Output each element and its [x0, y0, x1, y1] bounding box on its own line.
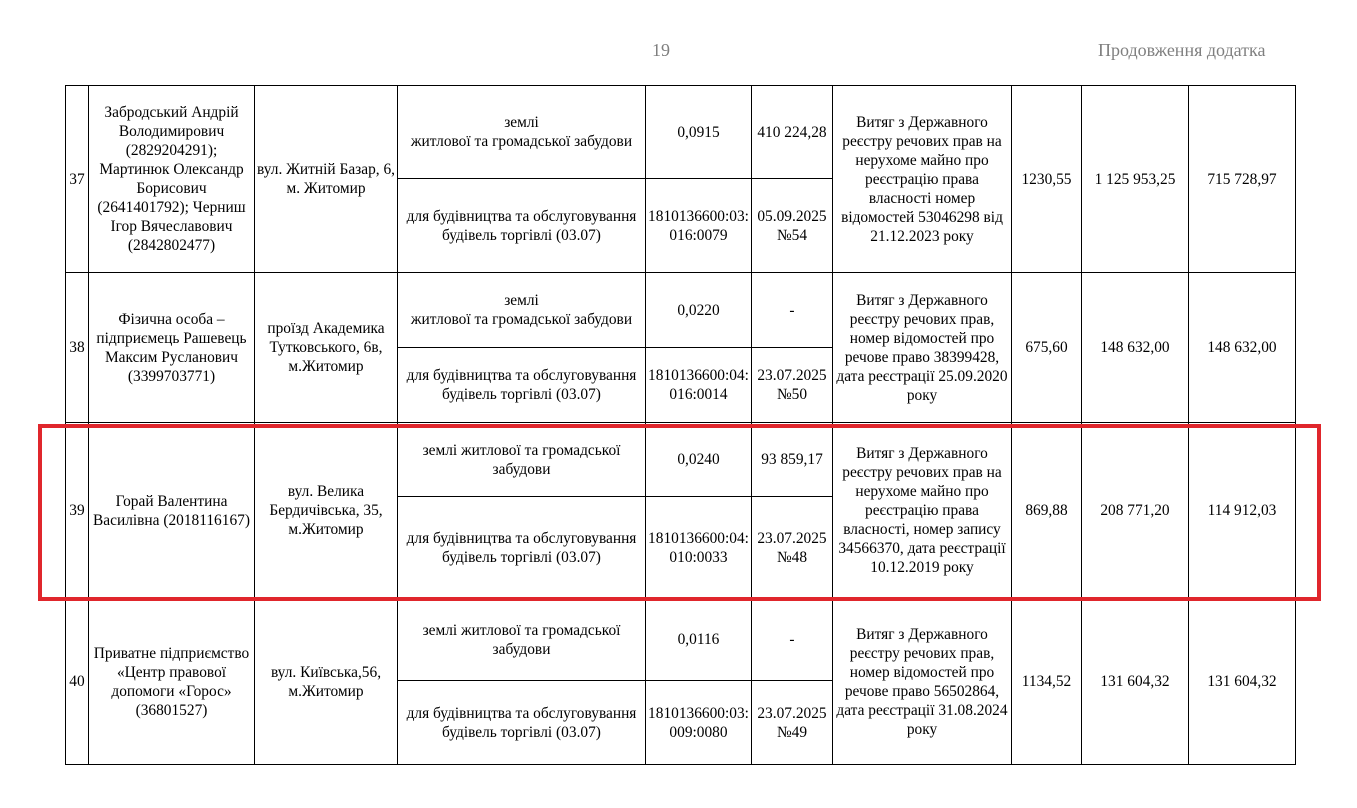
address-cell: проїзд Академика Тутковського, 6в, м.Жит… — [255, 273, 398, 423]
normative-value-cell: 410 224,28 — [752, 86, 833, 179]
building-area-cell: 869,88 — [1012, 423, 1082, 599]
ownership-document-cell: Витяг з Державного реєстру речових прав … — [833, 86, 1012, 273]
decision-cell: 05.09.2025 №54 — [752, 179, 833, 273]
continuation-label: Продовження додатка — [1098, 40, 1266, 61]
land-purpose-cell: для будівництва та обслуговування будіве… — [398, 179, 646, 273]
row-number: 39 — [66, 423, 89, 599]
address-cell: вул. Велика Бердичівська, 35, м.Житомир — [255, 423, 398, 599]
area-cell: 0,0116 — [646, 599, 752, 681]
cadastral-number-cell: 1810136600:04:010:0033 — [646, 497, 752, 599]
value-b-cell: 114 912,03 — [1189, 423, 1296, 599]
decision-cell: 23.07.2025 №48 — [752, 497, 833, 599]
building-area-cell: 675,60 — [1012, 273, 1082, 423]
value-b-cell: 131 604,32 — [1189, 599, 1296, 765]
normative-value-cell: 93 859,17 — [752, 423, 833, 497]
normative-value-cell: - — [752, 599, 833, 681]
owner-cell: Горай Валентина Василівна (2018116167) — [89, 423, 255, 599]
value-a-cell: 1 125 953,25 — [1082, 86, 1189, 273]
value-b-cell: 148 632,00 — [1189, 273, 1296, 423]
owner-cell: Забродський Андрій Володимирович (282920… — [89, 86, 255, 273]
row-number: 38 — [66, 273, 89, 423]
table-row: 38 Фізична особа – підприємець Рашевець … — [66, 273, 1296, 348]
decision-cell: 23.07.2025 №50 — [752, 348, 833, 423]
ownership-document-cell: Витяг з Державного реєстру речових прав,… — [833, 273, 1012, 423]
table-row: 37 Забродський Андрій Володимирович (282… — [66, 86, 1296, 179]
land-category-cell: землі житлової та громадської забудови — [398, 273, 646, 348]
area-cell: 0,0240 — [646, 423, 752, 497]
value-a-cell: 208 771,20 — [1082, 423, 1189, 599]
owner-cell: Фізична особа – підприємець Рашевець Мак… — [89, 273, 255, 423]
row-number: 40 — [66, 599, 89, 765]
table-row: 40 Приватне підприємство «Центр правової… — [66, 599, 1296, 681]
land-category-cell: землі житлової та громадської забудови — [398, 423, 646, 497]
page-number: 19 — [652, 40, 670, 61]
ownership-document-cell: Витяг з Державного реєстру речових прав,… — [833, 599, 1012, 765]
area-cell: 0,0915 — [646, 86, 752, 179]
ownership-document-cell: Витяг з Державного реєстру речових прав … — [833, 423, 1012, 599]
land-category-cell: землі житлової та громадської забудови — [398, 599, 646, 681]
cadastral-number-cell: 1810136600:04:016:0014 — [646, 348, 752, 423]
address-cell: вул. Житній Базар, 6, м. Житомир — [255, 86, 398, 273]
building-area-cell: 1134,52 — [1012, 599, 1082, 765]
value-a-cell: 148 632,00 — [1082, 273, 1189, 423]
land-purpose-cell: для будівництва та обслуговування будіве… — [398, 348, 646, 423]
normative-value-cell: - — [752, 273, 833, 348]
land-category-cell: землі житлової та громадської забудови — [398, 86, 646, 179]
table-row-highlighted: 39 Горай Валентина Василівна (2018116167… — [66, 423, 1296, 497]
cadastral-number-cell: 1810136600:03:009:0080 — [646, 681, 752, 765]
building-area-cell: 1230,55 — [1012, 86, 1082, 273]
value-a-cell: 131 604,32 — [1082, 599, 1189, 765]
land-purpose-cell: для будівництва та обслуговування будіве… — [398, 681, 646, 765]
cadastral-number-cell: 1810136600:03:016:0079 — [646, 179, 752, 273]
land-purpose-cell: для будівництва та обслуговування будіве… — [398, 497, 646, 599]
value-b-cell: 715 728,97 — [1189, 86, 1296, 273]
area-cell: 0,0220 — [646, 273, 752, 348]
address-cell: вул. Київська,56, м.Житомир — [255, 599, 398, 765]
owner-cell: Приватне підприємство «Центр правової до… — [89, 599, 255, 765]
land-plots-table: 37 Забродський Андрій Володимирович (282… — [65, 85, 1296, 765]
decision-cell: 23.07.2025 №49 — [752, 681, 833, 765]
row-number: 37 — [66, 86, 89, 273]
